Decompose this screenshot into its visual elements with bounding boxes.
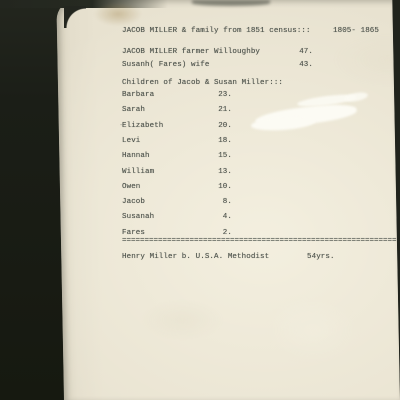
typewritten-text: JACOB MILLER & family from 1851 census::… <box>122 0 400 400</box>
census-title: JACOB MILLER & family from 1851 census::… <box>122 27 311 35</box>
child-name: Susanah <box>122 213 154 221</box>
child-row: Elizabeth 20. <box>122 121 163 131</box>
census-title-row: JACOB MILLER & family from 1851 census::… <box>122 26 311 36</box>
parent-row: Susanh( Fares) wife 43. <box>122 60 209 70</box>
child-row: Susanah 4. <box>122 212 154 222</box>
child-name: Sarah <box>122 106 145 114</box>
child-row: William 13. <box>122 167 154 177</box>
footer-row: Henry Miller b. U.S.A. Methodist 54yrs. <box>122 252 269 262</box>
child-name: William <box>122 168 154 176</box>
children-header: Children of Jacob & Susan Miller::: <box>122 78 283 88</box>
child-name: Hannah <box>122 152 150 160</box>
child-row: Levi 18. <box>122 136 140 146</box>
child-age: 13. <box>217 167 232 177</box>
child-age: 15. <box>217 151 232 161</box>
footer-text: Henry Miller b. U.S.A. Methodist <box>122 253 269 261</box>
scan-viewport: JACOB MILLER & family from 1851 census::… <box>0 0 400 400</box>
child-age: 21. <box>217 105 232 115</box>
census-years: 1805- 1865 <box>333 26 379 36</box>
child-age: 8. <box>217 197 232 207</box>
parent-row: JACOB MILLER farmer Willoughby 47. <box>122 47 260 57</box>
paper-rounded-corner <box>64 6 86 28</box>
child-age: 4. <box>217 212 232 222</box>
parent-age: 43. <box>298 60 313 70</box>
child-row: Sarah 21. <box>122 105 145 115</box>
typed-divider-line: ========================================… <box>122 236 400 246</box>
child-name: Barbara <box>122 91 154 99</box>
parent-name: Susanh( Fares) wife <box>122 61 209 69</box>
child-row: Hannah 15. <box>122 151 150 161</box>
child-name: Owen <box>122 183 140 191</box>
parent-name: JACOB MILLER farmer Willoughby <box>122 48 260 56</box>
footer-age: 54yrs. <box>307 252 335 262</box>
parent-age: 47. <box>298 47 313 57</box>
child-age: 20. <box>217 121 232 131</box>
child-age: 18. <box>217 136 232 146</box>
child-name: Jacob <box>122 198 145 206</box>
child-row: Barbara 23. <box>122 90 154 100</box>
stray-pen-mark: - <box>119 121 124 131</box>
child-row: Jacob 8. <box>122 197 145 207</box>
child-age: 10. <box>217 182 232 192</box>
child-name: Levi <box>122 137 140 145</box>
child-name: Elizabeth <box>122 122 163 130</box>
child-age: 23. <box>217 90 232 100</box>
child-row: Owen 10. <box>122 182 140 192</box>
